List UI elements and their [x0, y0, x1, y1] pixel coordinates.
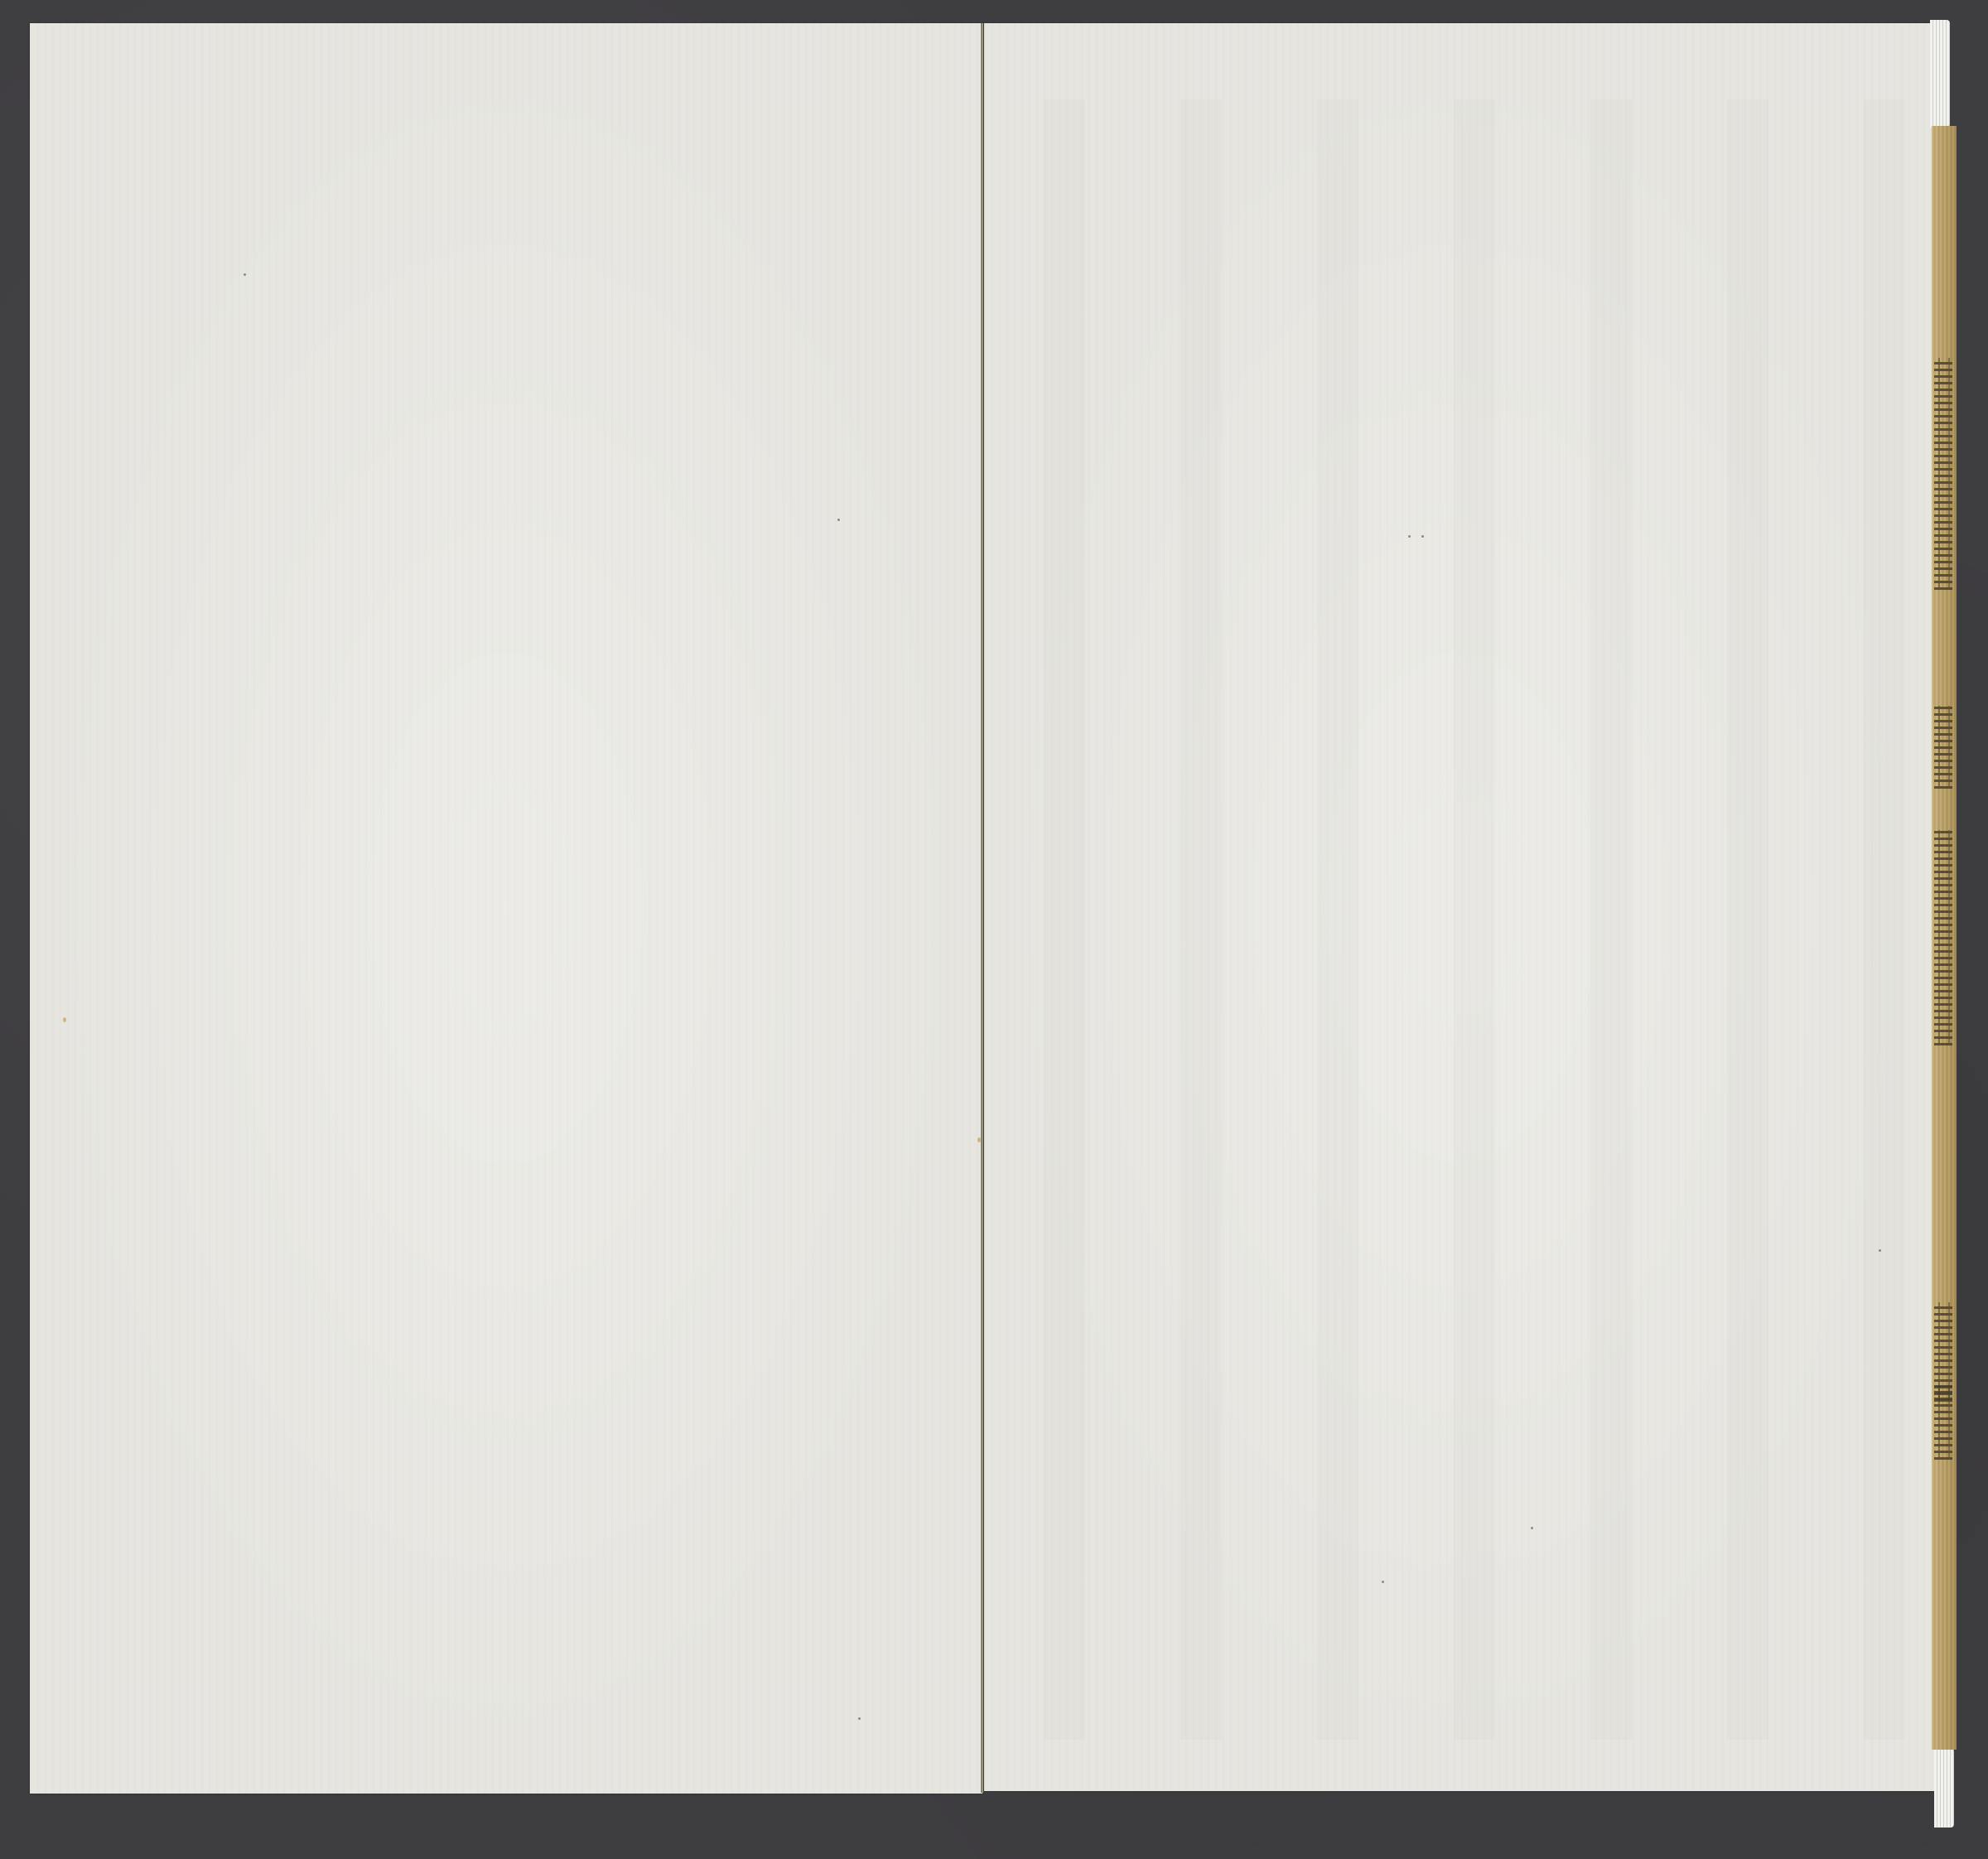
paper-speck: [837, 519, 840, 521]
page-stack-bottom: [1934, 1748, 1954, 1828]
fore-edge-glyph: [1934, 1385, 1952, 1460]
paper-speck: [1408, 535, 1411, 538]
paper-speck: [1879, 1249, 1881, 1252]
paper-speck: [1382, 1581, 1384, 1583]
right-page: [984, 23, 1934, 1791]
paper-speck: [63, 1017, 66, 1022]
left-page: [30, 23, 982, 1794]
paper-speck: [1421, 535, 1424, 538]
fore-edge-strip: [1932, 126, 1957, 1750]
fore-edge-glyph: [1934, 706, 1952, 789]
paper-speck: [244, 273, 246, 276]
fore-edge-glyph: [1934, 358, 1952, 590]
paper-speck: [858, 1717, 861, 1720]
book-spine: [981, 23, 983, 1793]
page-stack-top: [1930, 20, 1950, 128]
paper-speck: [1531, 1527, 1533, 1529]
fore-edge-glyph: [1934, 830, 1952, 1045]
